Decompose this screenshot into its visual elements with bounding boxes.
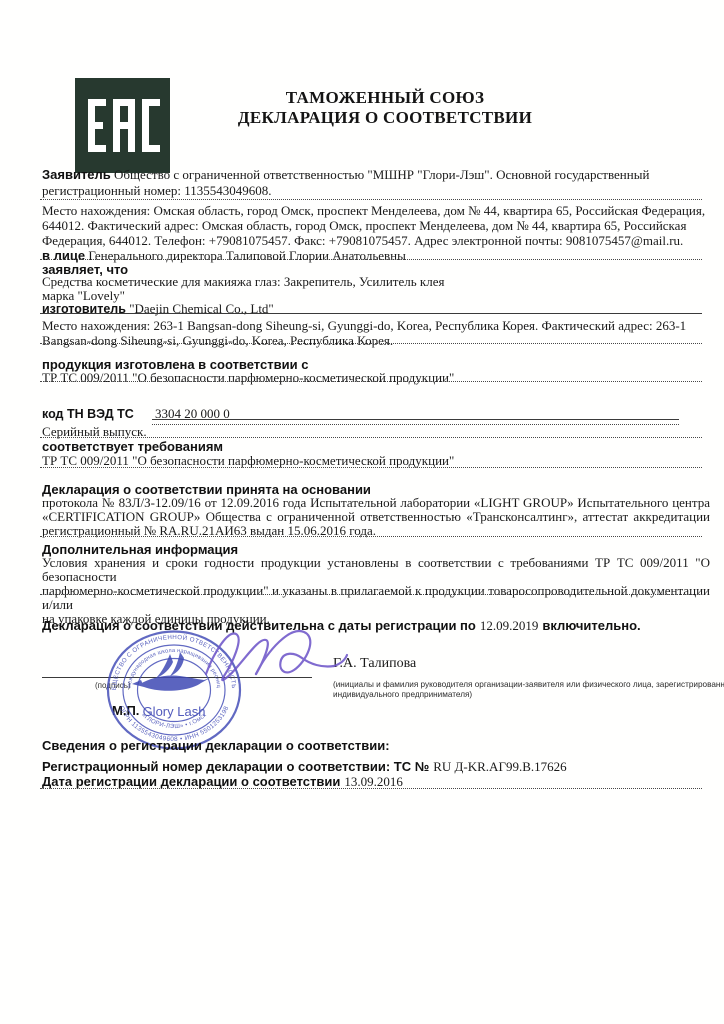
basis-line: протокола № 83Л/З-12.09/16 от 12.09.2016… <box>42 496 710 510</box>
title-line-1: ТАМОЖЕННЫЙ СОЮЗ <box>170 88 600 108</box>
tnved-label: код ТН ВЭД ТС <box>42 407 134 421</box>
divider-dotted-9 <box>40 594 702 595</box>
title-line-2: ДЕКЛАРАЦИЯ О СООТВЕТСТВИИ <box>170 108 600 128</box>
registration-number-value: RU Д-KR.АГ99.В.17626 <box>433 759 566 774</box>
product-line: Средства косметические для макияжа глаз:… <box>42 275 710 289</box>
registration-header: Сведения о регистрации декларации о соот… <box>42 738 390 753</box>
divider-dotted-6 <box>40 437 702 438</box>
divider-dotted-10 <box>40 788 702 789</box>
address-line: 644012. Фактический адрес: Омская област… <box>42 218 710 233</box>
manufacturer-address-line: Место нахождения: 263-1 Bangsan-dong Sih… <box>42 318 710 333</box>
tnved-underline <box>152 419 679 420</box>
registration-date-value: 13.09.2016 <box>344 774 403 789</box>
head-name-caption-line: индивидуального предпринимателя) <box>333 690 724 700</box>
document-title: ТАМОЖЕННЫЙ СОЮЗ ДЕКЛАРАЦИЯ О СООТВЕТСТВИ… <box>170 88 600 128</box>
applicant-line2: регистрационный номер: 1135543049608. <box>42 183 710 199</box>
divider-dotted-4 <box>40 381 702 382</box>
basis-line: «CERTIFICATION GROUP» Общества с огранич… <box>42 510 710 524</box>
brand-line: марка "Lovely" <box>42 289 710 303</box>
divider-dotted-7 <box>40 467 702 468</box>
divider-dotted-2 <box>40 259 702 260</box>
basis-block: протокола № 83Л/З-12.09/16 от 12.09.2016… <box>42 496 710 538</box>
applicant-block: Заявитель Общество с ограниченной ответс… <box>42 167 710 199</box>
in-person-label: в лице <box>42 248 85 263</box>
registration-number-label: Регистрационный номер декларации о соотв… <box>42 759 429 774</box>
divider-dotted-1 <box>40 199 702 200</box>
address-line: Место нахождения: Омская область, город … <box>42 203 710 218</box>
divider-dotted-3 <box>40 343 702 344</box>
additional-block: Условия хранения и сроки годности продук… <box>42 556 710 626</box>
made-in-accordance-text: ТР ТС 009/2011 "О безопасности парфюмерн… <box>42 370 454 386</box>
address-line: Федерация, 644012. Телефон: +79081075457… <box>42 233 710 248</box>
divider-dotted-8 <box>40 536 702 537</box>
manufacturer-address-line: Bangsan-dong Siheung-si, Gyunggi-do, Kor… <box>42 333 710 348</box>
divider-solid-1 <box>40 313 702 314</box>
head-name-caption-line: (инициалы и фамилия руководителя организ… <box>333 680 724 690</box>
divider-dotted-5 <box>152 424 679 425</box>
stamp-center-name: Glory Lash <box>143 704 206 719</box>
declaration-document-page: ТАМОЖЕННЫЙ СОЮЗ ДЕКЛАРАЦИЯ О СООТВЕТСТВИ… <box>0 0 724 1024</box>
complies-label: соответствует требованиям <box>42 439 223 454</box>
handwritten-signature <box>188 612 353 704</box>
in-person-text: Генерального директора Талиповой Глории … <box>88 248 406 263</box>
additional-line: парфюмерно-косметической продукции" и ук… <box>42 584 710 612</box>
applicant-line1: Общество с ограниченной ответственностью… <box>114 167 649 182</box>
applicant-label: Заявитель <box>42 167 111 182</box>
registration-date-label: Дата регистрации декларации о соответств… <box>42 774 340 789</box>
eac-logo-icon <box>75 78 170 173</box>
applicant-address-block: Место нахождения: Омская область, город … <box>42 203 710 263</box>
validity-date: 12.09.2019 <box>480 618 539 633</box>
additional-line: Условия хранения и сроки годности продук… <box>42 556 710 584</box>
product-block: Средства косметические для макияжа глаз:… <box>42 275 710 317</box>
head-name-caption: (инициалы и фамилия руководителя организ… <box>333 680 724 700</box>
validity-label-after: включительно. <box>542 618 640 633</box>
